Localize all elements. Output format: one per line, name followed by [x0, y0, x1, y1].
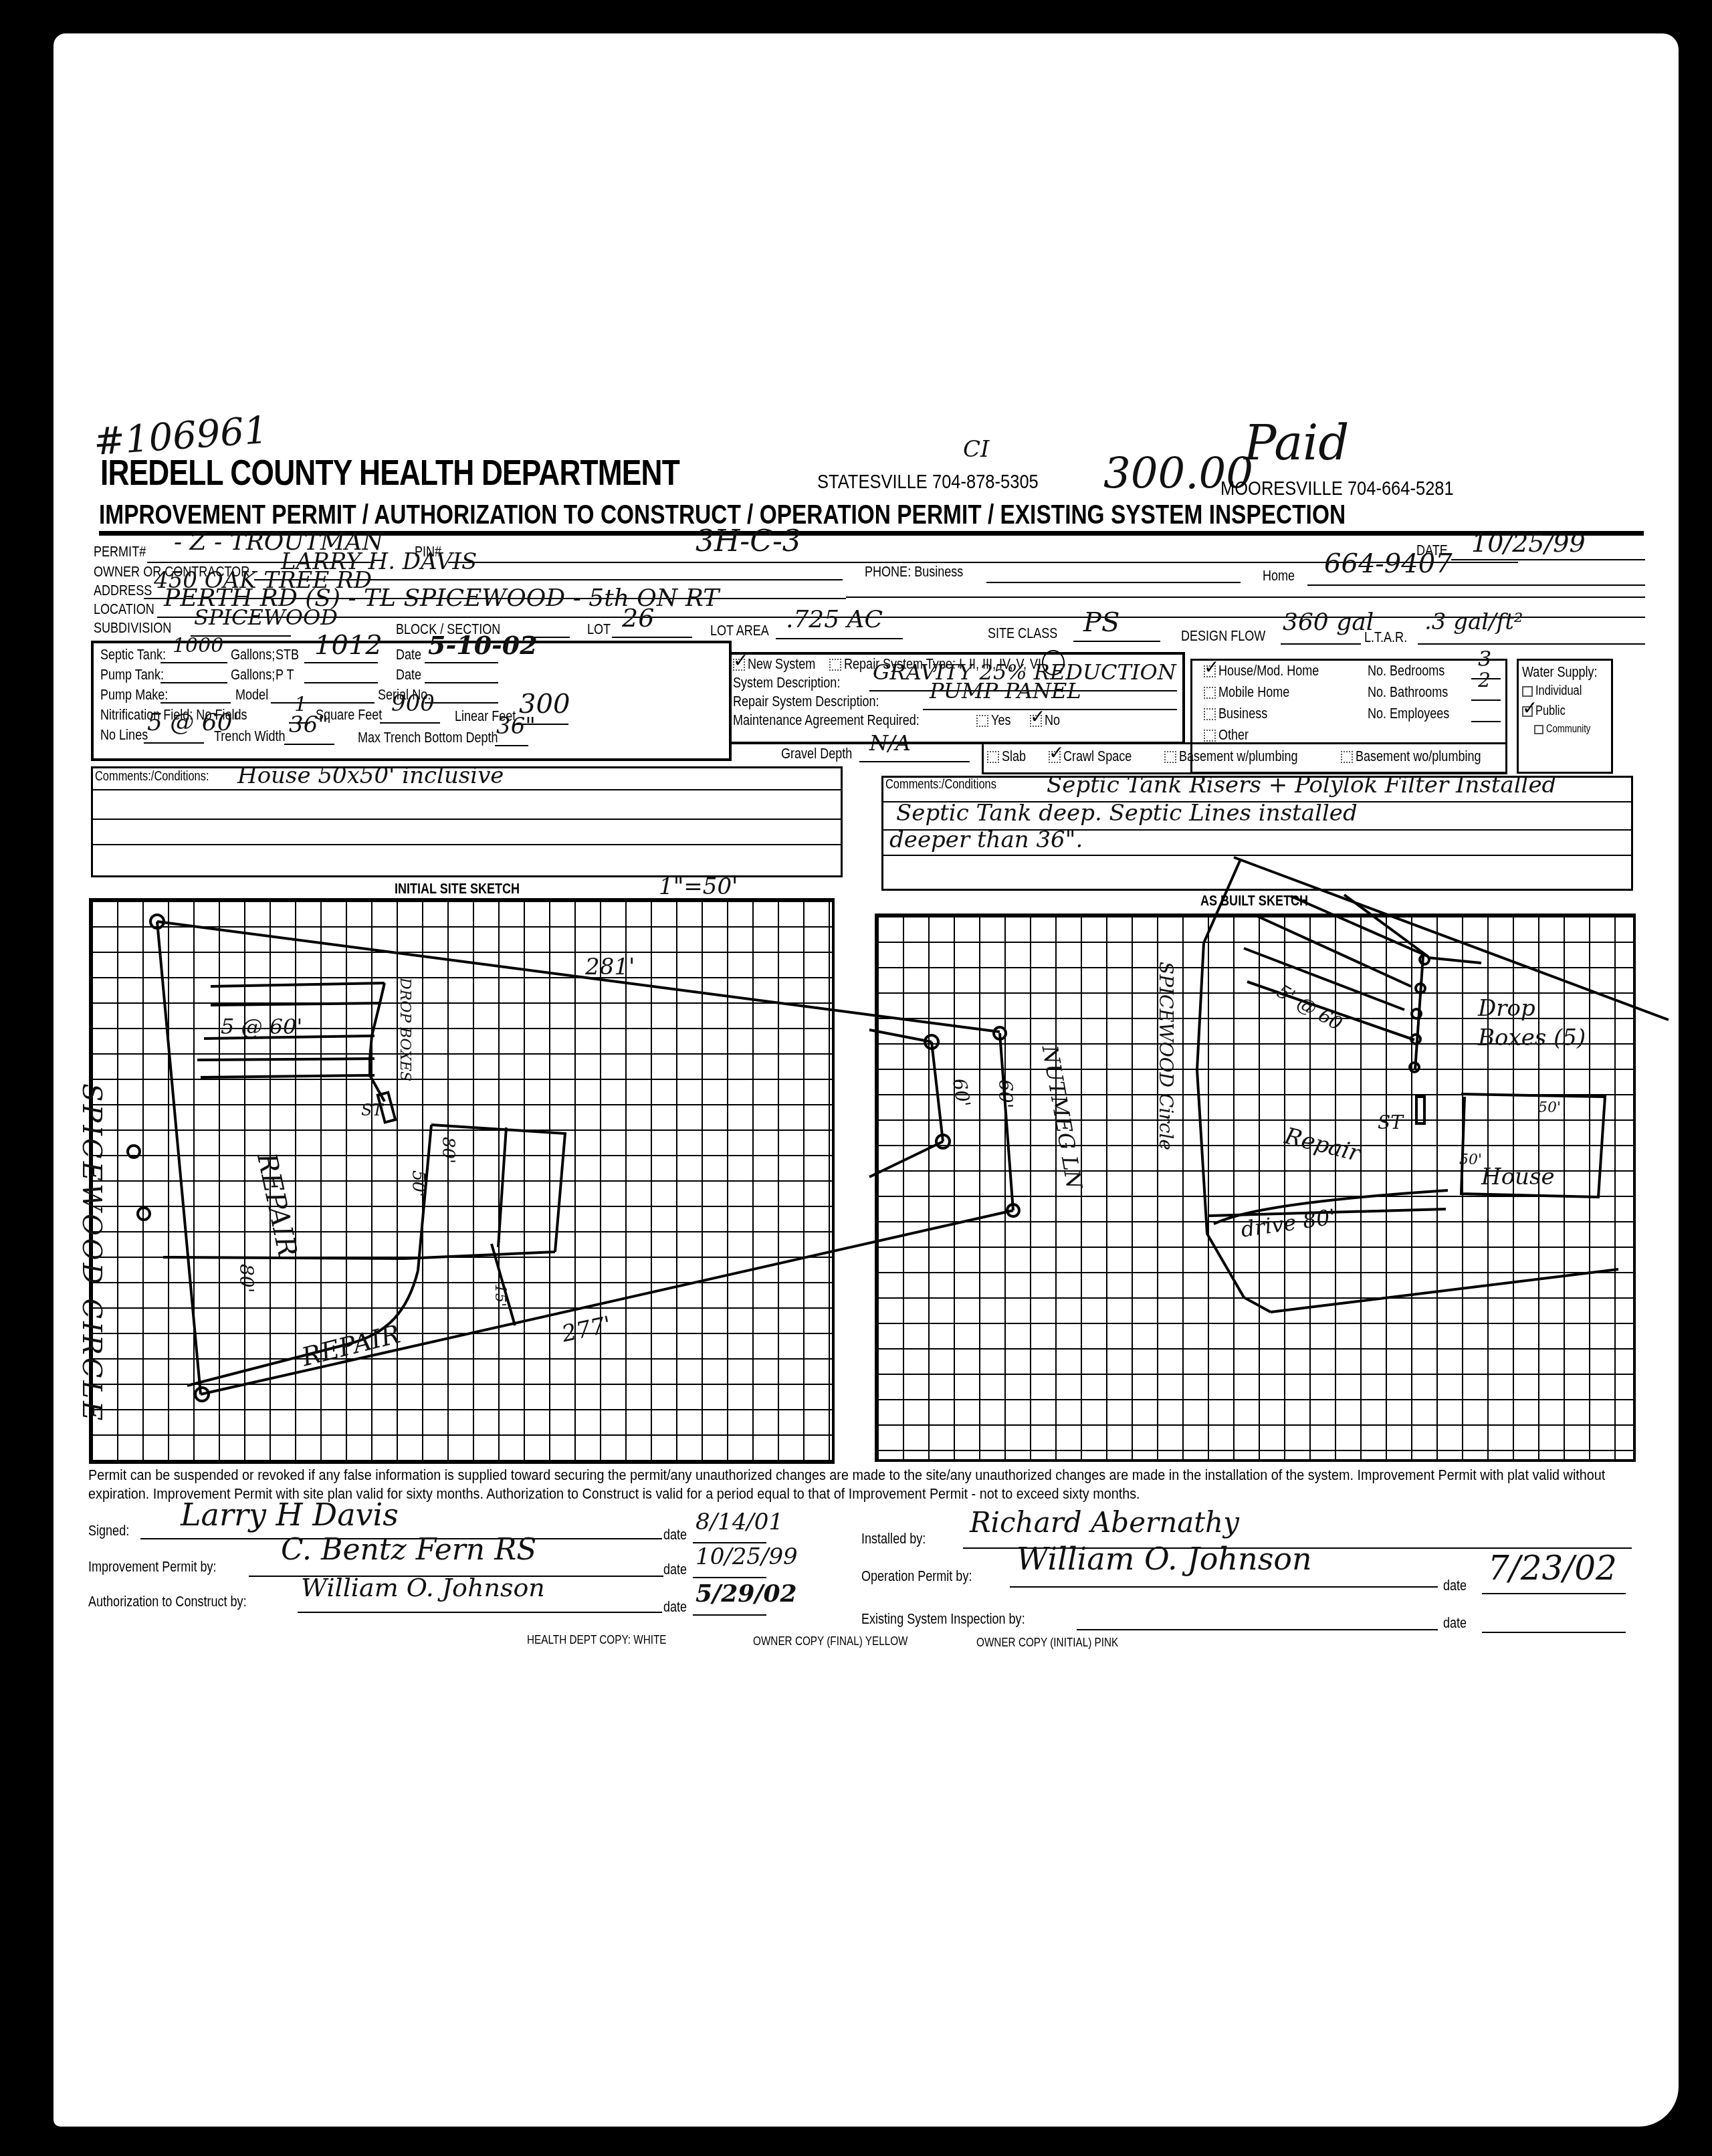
operation-signature: William O. Johnson: [1016, 1541, 1312, 1577]
existing-date-field[interactable]: [1482, 1620, 1626, 1633]
as-built-tank-label: ST: [1378, 1111, 1403, 1134]
as-built-house-width-label: 50': [1538, 1099, 1561, 1116]
installed-signature: Richard Abernathy: [970, 1506, 1239, 1539]
authorization-signature: William O. Johnson: [301, 1573, 545, 1602]
signed-label: Signed:: [88, 1522, 129, 1539]
signed-date-value: 8/14/01: [695, 1509, 783, 1535]
improvement-signature: C. Bentz Fern RS: [281, 1533, 536, 1567]
existing-label: Existing System Inspection by:: [861, 1610, 1025, 1628]
copy-white: HEALTH DEPT COPY: WHITE: [527, 1633, 667, 1647]
existing-date-label: date: [1443, 1614, 1467, 1632]
copy-yellow: OWNER COPY (FINAL) YELLOW: [753, 1634, 908, 1648]
improvement-label: Improvement Permit by:: [88, 1558, 216, 1576]
as-built-house-height-label: 50': [1459, 1152, 1482, 1168]
as-built-drop-boxes-label: Drop Boxes (5): [1478, 994, 1598, 1053]
copy-pink: OWNER COPY (INITIAL) PINK: [976, 1636, 1118, 1650]
installed-label: Installed by:: [861, 1530, 926, 1547]
improvement-date-label: date: [663, 1561, 687, 1578]
authorization-date-value: 5/29/02: [695, 1580, 797, 1608]
as-built-sketch-drawing: [0, 0, 1712, 2156]
operation-date-value: 7/23/02: [1488, 1549, 1617, 1588]
as-built-house-label: House: [1481, 1164, 1555, 1190]
authorization-date-label: date: [663, 1598, 687, 1616]
as-built-road-label: SPICEWOOD Circle: [1155, 962, 1177, 1150]
operation-date-label: date: [1443, 1577, 1467, 1594]
improvement-date-value: 10/25/99: [695, 1543, 798, 1570]
signed-date-label: date: [663, 1526, 687, 1543]
signed-signature: Larry H Davis: [181, 1497, 399, 1533]
authorization-label: Authorization to Construct by:: [88, 1593, 247, 1610]
operation-label: Operation Permit by:: [861, 1568, 972, 1585]
existing-field[interactable]: [1077, 1617, 1438, 1630]
